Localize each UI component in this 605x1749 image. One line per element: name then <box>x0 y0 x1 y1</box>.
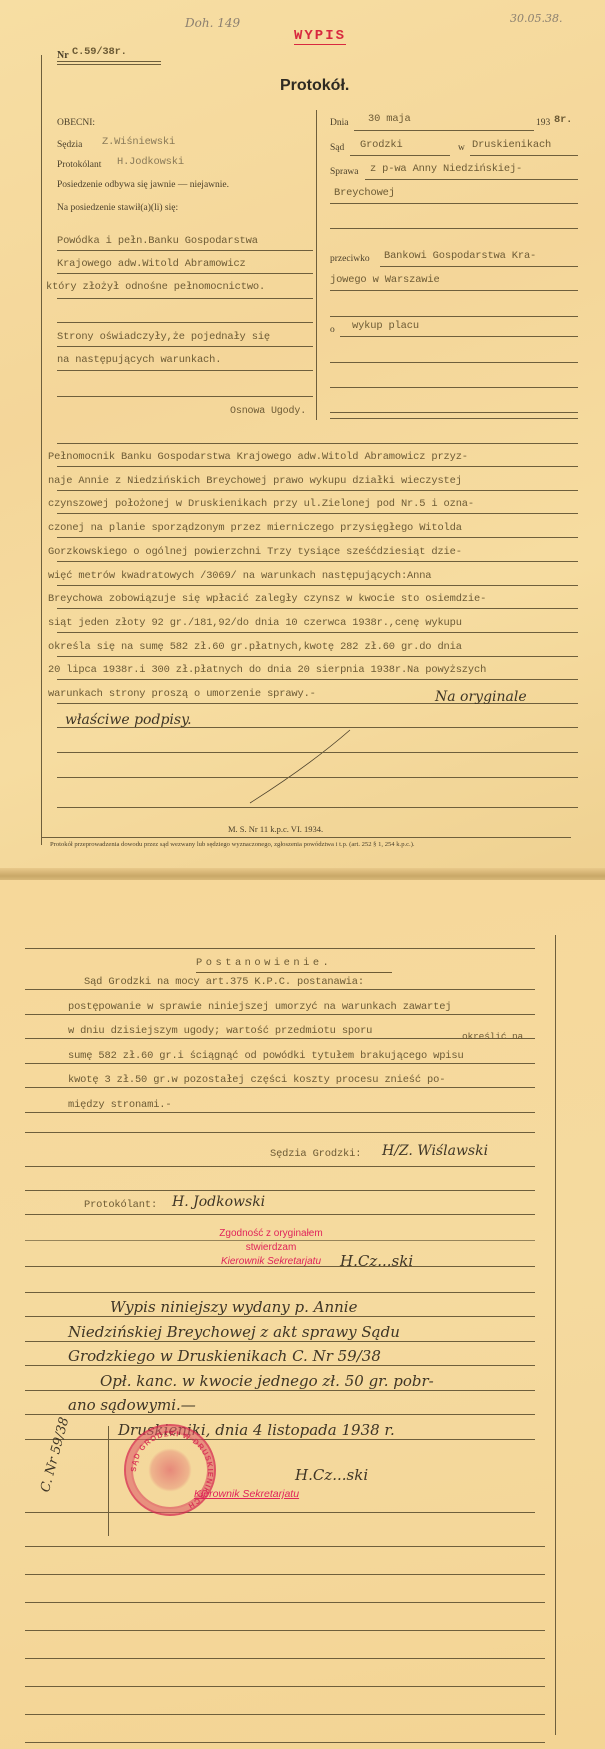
agreement-line: 20 lipca 1938r.i 300 zł.płatnych do dnia… <box>48 664 486 676</box>
left-rule-2 <box>57 273 313 274</box>
case-label: Sprawa <box>330 167 359 177</box>
agreement-line: Breychowa zobowiązuje się wpłacić zaległ… <box>48 593 486 605</box>
issuance-rule <box>25 1414 535 1415</box>
issuance-rule <box>25 1341 535 1342</box>
decision-rule-b <box>25 1190 535 1191</box>
left-rule-7 <box>57 396 313 397</box>
parties-line-1: Strony oświadczyły,że pojednały się <box>57 331 270 343</box>
decision-rule-f <box>25 1292 535 1293</box>
decision-line: Sąd Grodzki na mocy art.375 K.P.C. posta… <box>84 976 364 988</box>
right-rule-1 <box>330 362 578 363</box>
appeared-line-2: Krajowego adw.Witold Abramowicz <box>57 258 246 270</box>
decision-rule <box>25 989 535 990</box>
empty-rule <box>25 1630 545 1631</box>
certification-signature: H.Cz...ski <box>340 1252 413 1270</box>
empty-rule <box>25 1574 545 1575</box>
empty-rule <box>25 1714 545 1715</box>
cross-out-stroke <box>240 725 360 805</box>
issuance-line: Niedzińskiej Breychowej z akt sprawy Sąd… <box>68 1323 400 1341</box>
case-underline-3 <box>330 228 578 229</box>
case-underline-1 <box>365 179 578 180</box>
handwritten-note-original: Na oryginale <box>435 689 527 705</box>
decision-rule <box>25 1014 535 1015</box>
decision-heading: Postanowienie. <box>196 957 332 969</box>
year-suffix: 8r. <box>554 114 572 126</box>
decision-inline-insert: określić na <box>462 1031 523 1042</box>
issuance-line: ano sądowymi.— <box>68 1396 196 1414</box>
agreement-line: warunkach strony proszą o umorzenie spra… <box>48 688 316 700</box>
session-publicity: Posiedzenie odbywa się jawnie — niejawni… <box>57 180 229 190</box>
agreement-rule <box>57 608 578 609</box>
agreement-rule <box>57 490 578 491</box>
agreement-rule <box>57 466 578 467</box>
against-label: przeciwko <box>330 254 370 264</box>
agreement-rule-end-1 <box>57 727 578 728</box>
agreement-line: więć metrów kwadratowych /3069/ na warun… <box>48 570 431 582</box>
footer-rule <box>41 837 571 838</box>
agreement-line: naje Annie z Niedzińskich Breychowej pra… <box>48 475 462 487</box>
judge-signature: H/Z. Wiślawski <box>382 1143 488 1159</box>
decision-line: postępowanie w sprawie niniejszej umorzy… <box>68 1001 451 1013</box>
left-rule-1 <box>57 250 313 251</box>
against-line-1: Bankowi Gospodarstwa Kra- <box>384 250 536 262</box>
form-description: Protokół przeprowadzenia dowodu przez są… <box>50 841 415 848</box>
in-value: Druskienikach <box>472 139 551 151</box>
decision-rule-d <box>25 1240 535 1241</box>
agreement-rule <box>57 561 578 562</box>
issuance-rule <box>25 1316 535 1317</box>
agreement-rule <box>57 656 578 657</box>
against-underline-2 <box>330 290 578 291</box>
agreement-rule-end-2 <box>57 752 578 753</box>
agreement-basis-heading: Osnowa Ugody. <box>230 406 306 417</box>
decision-rule <box>25 1132 535 1133</box>
issuance-rule <box>25 1439 535 1440</box>
decision-clerk-label: Protokólant: <box>84 1199 157 1211</box>
seal-ring: SĄD GRODZKI W DRUSKIENIKACH <box>126 1426 218 1518</box>
right-margin-line <box>555 935 556 1735</box>
agreement-line: siąt jeden złoty 92 gr./181,92/do dnia 1… <box>48 617 462 629</box>
clerk-signature: H. Jodkowski <box>172 1194 265 1210</box>
appeared-line-3: który złożył odnośne pełnomocnictwo. <box>46 281 265 293</box>
agreement-line: Gorzkowskiego o ogólnej powierzchni Trzy… <box>48 546 462 558</box>
empty-rule <box>25 1742 545 1743</box>
agreement-line: określa się na sumę 582 zł.60 gr.płatnyc… <box>48 641 462 653</box>
case-line-1: z p-wa Anny Niedzińskiej- <box>370 163 522 175</box>
margin-column-line <box>108 1426 109 1536</box>
clerk-value: H.Jodkowski <box>117 156 184 168</box>
judge-label: Sędzia <box>57 140 82 150</box>
certification-line-1: Zgodność z oryginałem <box>196 1228 346 1239</box>
left-rule-4 <box>57 322 313 323</box>
agreement-rule <box>57 537 578 538</box>
empty-rule <box>25 1658 545 1659</box>
page-title: Protokół. <box>280 77 349 95</box>
in-label: w <box>458 143 465 153</box>
decision-line: kwotę 3 zł.50 gr.w pozostałej części kos… <box>68 1074 445 1086</box>
issuance-line: Grodzkiego w Druskienikach C. Nr 59/38 <box>68 1347 381 1365</box>
decision-rule <box>25 1112 535 1113</box>
in-underline <box>470 155 578 156</box>
agreement-rule <box>57 513 578 514</box>
form-id: M. S. Nr 11 k.p.c. VI. 1934. <box>228 824 323 834</box>
right-rule-3 <box>330 412 578 413</box>
left-rule-6 <box>57 370 313 371</box>
decision-rule-e <box>25 1266 535 1267</box>
day-value: 30 maja <box>368 113 411 125</box>
judge-value: Z.Wiśniewski <box>102 136 175 148</box>
seal-official-label: Kierownik Sekretarjatu <box>194 1488 299 1500</box>
agreement-rule-end-4 <box>57 807 578 808</box>
pencil-note-doh: Doh. 149 <box>185 16 240 30</box>
seal-signature: H.Cz...ski <box>295 1466 368 1484</box>
issuance-rule <box>25 1512 535 1513</box>
agreement-line: czonej na planie sporządzonym przez mier… <box>48 522 462 534</box>
appeared-label: Na posiedzenie stawił(a)(li) się: <box>57 203 178 213</box>
case-line-2: Breychowej <box>334 187 395 199</box>
court-seal: SĄD GRODZKI W DRUSKIENIKACH <box>124 1424 216 1516</box>
right-rule-2 <box>330 387 578 388</box>
case-underline-2 <box>330 203 578 204</box>
agreement-rule <box>57 585 578 586</box>
decision-rule <box>25 1087 535 1088</box>
day-underline <box>354 130 534 131</box>
about-label: o <box>330 325 335 335</box>
decision-line: sumę 582 zł.60 gr.i ściągnąć od powódki … <box>68 1050 464 1062</box>
court-label: Sąd <box>330 143 344 153</box>
agreement-rule <box>57 632 578 633</box>
right-rule-4 <box>330 418 578 419</box>
issuance-line: Opł. kanc. w kwocie jednego zł. 50 gr. p… <box>100 1372 434 1390</box>
decision-line: między stronami.- <box>68 1099 171 1111</box>
court-underline <box>350 155 450 156</box>
agreement-line: czynszowej położonej w Druskienikach prz… <box>48 498 474 510</box>
against-underline-1 <box>380 266 578 267</box>
parties-line-2: na następujących warunkach. <box>57 354 221 366</box>
case-number-value: C.59/38r. <box>72 46 127 58</box>
pencil-note-date: 30.05.38. <box>510 12 562 25</box>
agreement-rule <box>57 679 578 680</box>
handwritten-note-signatures: właściwe podpisy. <box>65 712 192 728</box>
day-label: Dnia <box>330 118 348 128</box>
about-value: wykup placu <box>352 320 419 332</box>
decision-rule <box>25 1038 535 1039</box>
against-line-2: jowego w Warszawie <box>330 274 440 286</box>
about-underline <box>340 336 578 337</box>
year-prefix: 193 <box>536 118 550 128</box>
empty-rule <box>25 1686 545 1687</box>
appeared-line-1: Powódka i pełn.Banku Gospodarstwa <box>57 235 258 247</box>
decision-top-rule <box>25 948 535 949</box>
case-number-label: Nr <box>57 50 69 61</box>
decision-rule-a <box>25 1166 535 1167</box>
left-rule-3 <box>57 298 313 299</box>
clerk-label: Protokólant <box>57 160 101 170</box>
decision-judge-label: Sędzia Grodzki: <box>270 1148 361 1160</box>
court-value: Grodzki <box>360 139 403 151</box>
agreement-top-rule <box>57 443 578 444</box>
agreement-line: Pełnomocnik Banku Gospodarstwa Krajowego… <box>48 451 468 463</box>
case-number-underline-2 <box>57 64 161 65</box>
present-label: OBECNI: <box>57 118 95 128</box>
against-underline-3 <box>330 316 578 317</box>
issuance-rule <box>25 1390 535 1391</box>
agreement-rule-end-3 <box>57 777 578 778</box>
decision-rule <box>25 1063 535 1064</box>
wypis-stamp: WYPIS <box>294 28 346 45</box>
decision-rule-c <box>25 1214 535 1215</box>
decision-heading-underline <box>196 972 392 973</box>
center-divider <box>316 110 317 420</box>
empty-rule <box>25 1602 545 1603</box>
certification-line-2: stwierdzam <box>196 1242 346 1253</box>
case-number-underline <box>57 61 161 62</box>
empty-rule <box>25 1546 545 1547</box>
left-margin-line <box>41 55 42 845</box>
left-rule-5 <box>57 346 313 347</box>
decision-line: w dniu dzisiejszym ugody; wartość przedm… <box>68 1025 372 1037</box>
issuance-rule <box>25 1365 535 1366</box>
issuance-line: Wypis niniejszy wydany p. Annie <box>110 1298 357 1316</box>
